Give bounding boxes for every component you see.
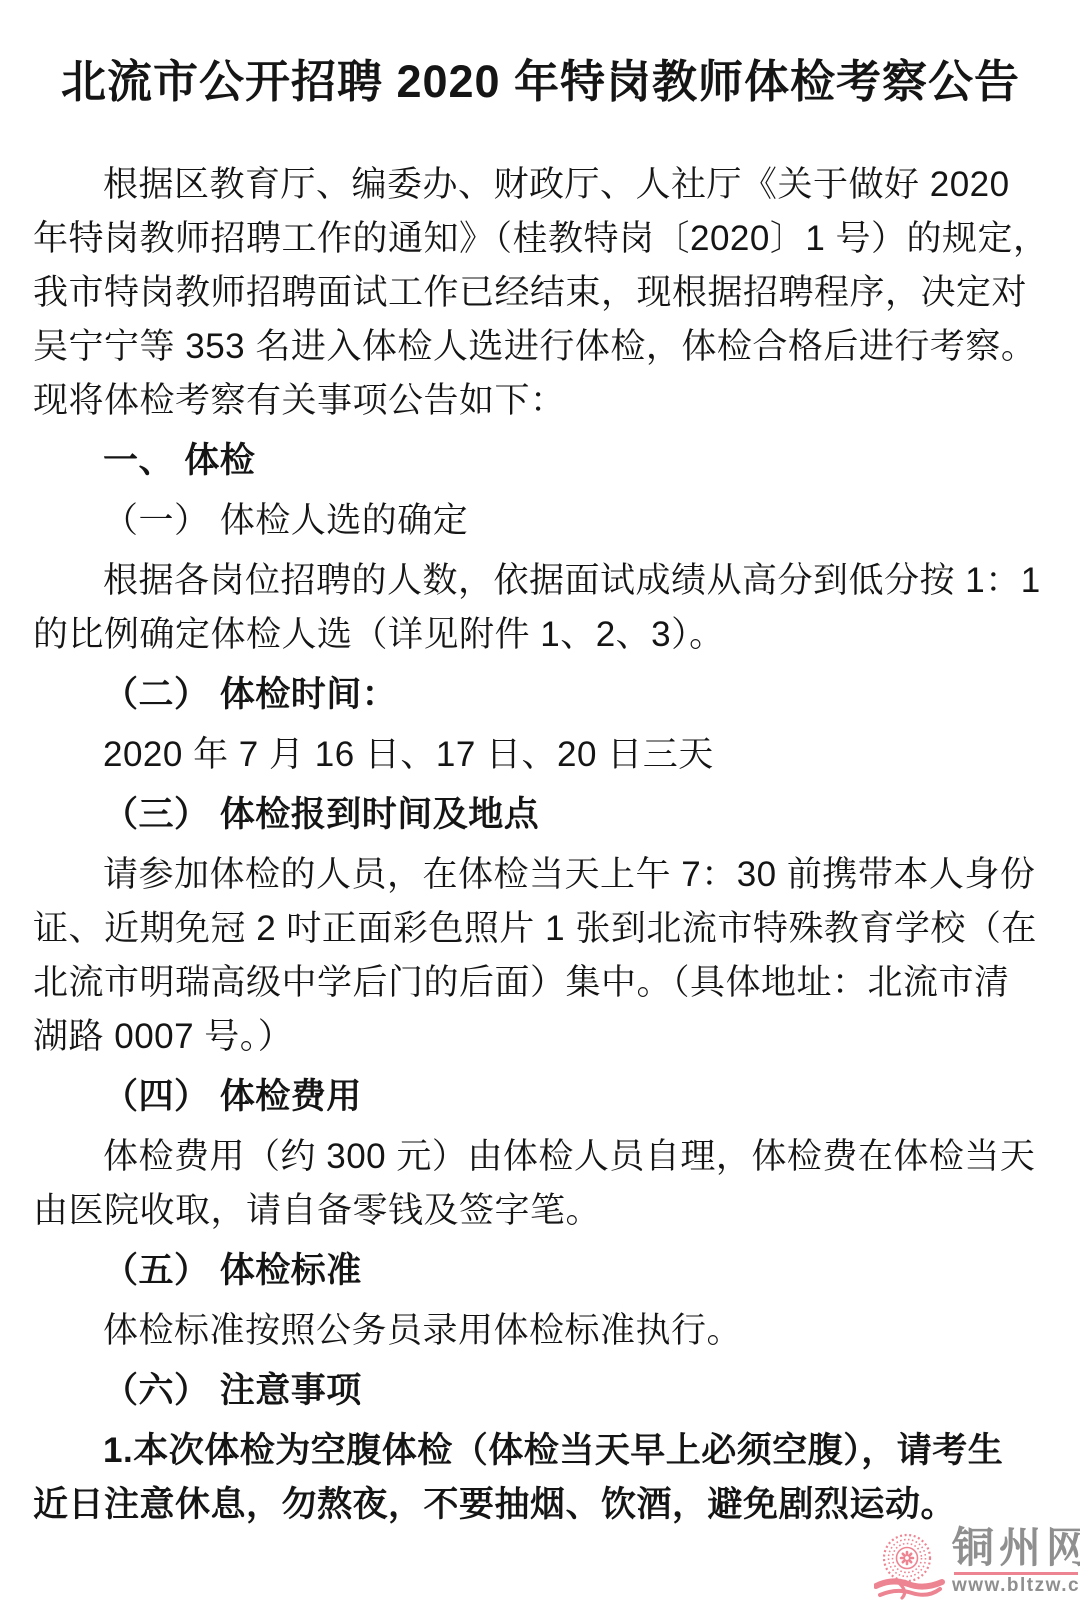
subsection-heading-biaozhun: （五） 体检标准: [33, 1244, 1048, 1298]
heading-text: （二） 体检时间：: [33, 668, 1048, 722]
heading-text: （五） 体检标准: [33, 1244, 1048, 1298]
announcement-document: 北流市公开招聘 2020 年特岗教师体检考察公告 根据区教育厅、编委办、财政厅、…: [0, 0, 1080, 1600]
paragraph-line: 体检标准按照公务员录用体检标准执行。: [33, 1304, 1048, 1358]
paragraph-line: 2020 年 7 月 16 日、17 日、20 日三天: [33, 728, 1048, 782]
paragraph-line: 1.本次体检为空腹体检（体检当天早上必须空腹），请考生: [33, 1424, 1048, 1478]
paragraph-zhuyi: 1.本次体检为空腹体检（体检当天早上必须空腹），请考生 近日注意休息，勿熬夜，不…: [33, 1424, 1048, 1532]
ornate-seal-icon: [874, 1526, 946, 1600]
heading-text: （三） 体检报到时间及地点: [33, 788, 1048, 842]
subsection-heading-baodao: （三） 体检报到时间及地点: [33, 788, 1048, 842]
subsection-heading-zhuyi: （六） 注意事项: [33, 1364, 1048, 1418]
heading-text: （四） 体检费用: [33, 1070, 1048, 1124]
section-heading-tijian: 一、 体检: [33, 434, 1048, 488]
paragraph-renxuan: 根据各岗位招聘的人数，依据面试成绩从高分到低分按 1：1 的比例确定体检人选（详…: [33, 554, 1048, 662]
page-title: 北流市公开招聘 2020 年特岗教师体检考察公告: [33, 52, 1048, 112]
site-name: 铜州网: [952, 1526, 1080, 1570]
paragraph-line: 根据区教育厅、编委办、财政厅、人社厅《关于做好 2020: [33, 158, 1048, 212]
intro-paragraph: 根据区教育厅、编委办、财政厅、人社厅《关于做好 2020 年特岗教师招聘工作的通…: [33, 158, 1048, 428]
paragraph-line: 根据各岗位招聘的人数，依据面试成绩从高分到低分按 1：1: [33, 554, 1048, 608]
subsection-heading-feiyong: （四） 体检费用: [33, 1070, 1048, 1124]
paragraph-line: 我市特岗教师招聘面试工作已经结束，现根据招聘程序，决定对: [33, 266, 1048, 320]
paragraph-line: 吴宁宁等 353 名进入体检人选进行体检，体检合格后进行考察。: [33, 320, 1048, 374]
site-url: www.bltzw.com: [952, 1576, 1080, 1596]
paragraph-baodao: 请参加体检的人员，在体检当天上午 7：30 前携带本人身份 证、近期免冠 2 吋…: [33, 848, 1048, 1064]
watermark-text: 铜州网 www.bltzw.com: [952, 1526, 1080, 1596]
paragraph-line: 现将体检考察有关事项公告如下：: [33, 374, 1048, 428]
paragraph-line: 请参加体检的人员，在体检当天上午 7：30 前携带本人身份: [33, 848, 1048, 902]
heading-text: 一、 体检: [33, 434, 1048, 488]
heading-text: （六） 注意事项: [33, 1364, 1048, 1418]
paragraph-line: 湖路 0007 号。）: [33, 1010, 1048, 1064]
subsection-heading-shijian: （二） 体检时间：: [33, 668, 1048, 722]
paragraph-line: 北流市明瑞高级中学后门的后面）集中。（具体地址：北流市清: [33, 956, 1048, 1010]
paragraph-line: 体检费用（约 300 元）由体检人员自理，体检费在体检当天: [33, 1130, 1048, 1184]
paragraph-line: 年特岗教师招聘工作的通知》（桂教特岗〔2020〕1 号）的规定，: [33, 212, 1048, 266]
subsection-heading-renxuan: （一） 体检人选的确定: [33, 494, 1048, 548]
paragraph-feiyong: 体检费用（约 300 元）由体检人员自理，体检费在体检当天 由医院收取，请自备零…: [33, 1130, 1048, 1238]
paragraph-shijian: 2020 年 7 月 16 日、17 日、20 日三天: [33, 728, 1048, 782]
paragraph-line: 的比例确定体检人选（详见附件 1、2、3）。: [33, 608, 1048, 662]
paragraph-line: 证、近期免冠 2 吋正面彩色照片 1 张到北流市特殊教育学校（在: [33, 902, 1048, 956]
paragraph-line: 由医院收取，请自备零钱及签字笔。: [33, 1184, 1048, 1238]
paragraph-line: 近日注意休息，勿熬夜，不要抽烟、饮酒，避免剧烈运动。: [33, 1478, 1048, 1532]
heading-text: （一） 体检人选的确定: [33, 494, 1048, 548]
watermark: 铜州网 www.bltzw.com: [874, 1526, 1080, 1600]
paragraph-biaozhun: 体检标准按照公务员录用体检标准执行。: [33, 1304, 1048, 1358]
